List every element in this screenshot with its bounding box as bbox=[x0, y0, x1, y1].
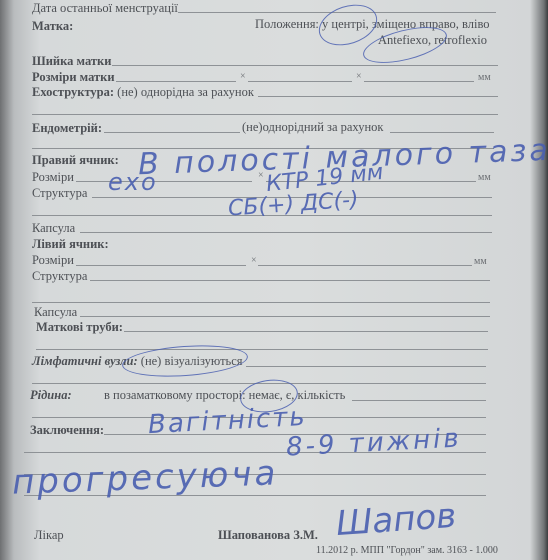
left-ovary-sizes-label: Розміри bbox=[32, 253, 74, 268]
right-ovary-label: Правий ячник: bbox=[32, 153, 119, 168]
echostructure-field[interactable] bbox=[258, 96, 498, 97]
mm-unit: мм bbox=[478, 72, 491, 83]
endometrium-field[interactable] bbox=[104, 132, 240, 133]
left-ovary-structure-field[interactable] bbox=[90, 280, 490, 281]
uterus-label: Матка: bbox=[32, 19, 73, 34]
endometrium-field-2[interactable] bbox=[390, 132, 494, 133]
cervix-field[interactable] bbox=[112, 65, 498, 66]
cervix-label: Шийка матки bbox=[32, 54, 111, 69]
fallopian-tubes-label: Маткові труби: bbox=[36, 320, 123, 335]
fallopian-tubes-field-2[interactable] bbox=[36, 349, 488, 350]
doctor-label: Лікар bbox=[34, 528, 64, 543]
times-sign: × bbox=[356, 71, 362, 82]
endometrium-label: Ендометрій: bbox=[32, 121, 102, 136]
conclusion-label: Заключення: bbox=[30, 423, 104, 438]
doctor-name: Шапованова З.М. bbox=[218, 528, 318, 543]
uterus-size-field-2[interactable] bbox=[248, 81, 352, 82]
handwritten-conclusion-line2: 8-9 тижнів bbox=[285, 423, 462, 462]
fallopian-tubes-field[interactable] bbox=[124, 331, 488, 332]
mm-unit: мм bbox=[474, 256, 487, 267]
fluid-amount-field[interactable] bbox=[352, 400, 486, 401]
right-ovary-sizes-label: Розміри bbox=[32, 170, 74, 185]
right-ovary-structure-label: Структура bbox=[32, 186, 87, 201]
handwritten-right-ovary-line4: СБ(+) ДС(-) bbox=[227, 187, 359, 221]
fluid-text: в позаматковому просторі: немає, є, кіль… bbox=[104, 388, 345, 403]
last-menstruation-label: Дата останньої менструації bbox=[32, 1, 178, 16]
handwritten-right-ovary-line2: ехо bbox=[108, 168, 158, 196]
mm-unit: мм bbox=[478, 172, 491, 183]
doctor-signature: Шапов bbox=[335, 496, 458, 544]
left-ovary-structure-label: Структура bbox=[32, 269, 87, 284]
left-ovary-capsule-label: Капсула bbox=[34, 305, 77, 320]
left-ovary-capsule-field[interactable] bbox=[80, 316, 490, 317]
right-ovary-capsule-field[interactable] bbox=[80, 232, 492, 233]
echostructure-field-2[interactable] bbox=[32, 114, 498, 115]
selection-circle-lymph bbox=[121, 342, 249, 381]
print-info: 11.2012 р. МПП "Гордон" зам. 3163 - 1.00… bbox=[316, 545, 498, 556]
ultrasound-form: Дата останньої менструації Матка: Положе… bbox=[0, 0, 548, 560]
fluid-label: Рідина: bbox=[30, 388, 72, 403]
left-ovary-structure-field-2[interactable] bbox=[32, 302, 490, 303]
left-ovary-label: Лівий ячник: bbox=[32, 237, 109, 252]
echostructure-text: (не) однорідна за рахунок bbox=[117, 85, 254, 99]
endometrium-text: (не)однорідний за рахунок bbox=[242, 120, 383, 135]
echostructure-label: Ехоструктура: bbox=[32, 85, 114, 99]
left-ovary-size-field-2[interactable] bbox=[258, 265, 472, 266]
left-ovary-size-field-1[interactable] bbox=[76, 265, 246, 266]
times-sign: × bbox=[240, 71, 246, 82]
echostructure-row: Ехоструктура: (не) однорідна за рахунок bbox=[32, 85, 254, 100]
lymph-field[interactable] bbox=[246, 366, 486, 367]
times-sign: × bbox=[251, 255, 257, 266]
uterus-size-field-3[interactable] bbox=[364, 81, 474, 82]
uterus-size-field-1[interactable] bbox=[116, 81, 236, 82]
uterus-size-label: Розміри матки bbox=[32, 70, 115, 85]
right-ovary-capsule-label: Капсула bbox=[32, 221, 75, 236]
